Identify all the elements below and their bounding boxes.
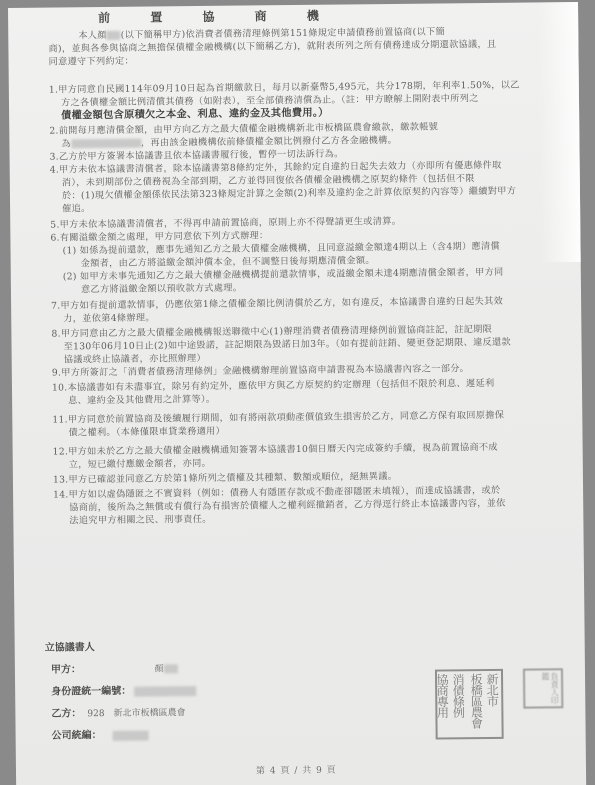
clause-number: 12. <box>53 446 69 457</box>
party-a-label: 甲方： <box>51 664 81 675</box>
clause-number: 13. <box>53 474 69 485</box>
party-b-label: 乙方： <box>51 708 81 719</box>
clause-number: 10. <box>52 382 68 393</box>
clause-line: 甲方所簽訂之「消費者債務清理條例」金融機構辦理前置協商申請書視為本協議書內容之一… <box>61 363 469 378</box>
redacted-name <box>107 31 121 40</box>
signatory-block: 立協議書人 甲方： 顏 身份證統一編號： 乙方：928 新北市板橋區農會 公司統… <box>45 636 198 748</box>
clause-line: 為 <box>61 138 71 149</box>
seal-text: 協商專用 <box>435 673 450 735</box>
clause-number: 11. <box>52 414 68 425</box>
clause-8: 8.甲方同意由乙方之最大債權金融機構報送聯徵中心(1)辦理消費者債務清理條例前置… <box>51 322 556 366</box>
clause-12: 12.甲方如未於乙方之最大債權金融機構通知簽署本協議書10個日曆天內完成簽約手續… <box>53 440 558 471</box>
signatory-heading: 立協議書人 <box>45 636 197 660</box>
party-a-name: 顏 <box>154 664 163 674</box>
redacted-id-number <box>135 686 197 697</box>
clause-line: 有關溢繳金額之處理，甲方同意依下列方式辦理： <box>60 230 269 243</box>
id-number-row: 身份證統一編號： <box>45 680 197 704</box>
party-a-row: 甲方： 顏 <box>45 658 197 682</box>
seal-text: 板橋區農會 <box>469 673 484 735</box>
representative-seal-stamp: 負責人印鑑 <box>523 668 563 708</box>
clause-11: 11.甲方同意於前置協商及後續履行期間，如有將兩款項動產價值致生損害於乙方，同意… <box>52 408 557 439</box>
intro-line1-prefix: 本人顏 <box>78 30 107 41</box>
clause-14: 14.甲方如以虛偽隱匿之不實資料（例如：債務人有隱匿存款或不動產卻隱匿未填報），… <box>53 483 558 527</box>
party-b-row: 乙方：928 新北市板橋區農會 <box>45 702 197 726</box>
clause-number: 14. <box>53 489 69 500</box>
redacted-company-id <box>113 730 149 740</box>
clause-4: 4.甲方未依本協議書清償者，除本協議書第8條約定外，其餘約定自違約日起失去效力（… <box>50 158 556 215</box>
seal-text: 新北市 <box>485 673 500 735</box>
id-number-label: 身份證統一編號： <box>51 686 131 698</box>
company-id-label: 公司統編： <box>52 730 102 742</box>
document-title: 前 置 協 商 機 <box>98 7 337 26</box>
clause-10: 10.本協議書如有未盡事宜，除另有約定外，應依甲方與乙方原契約約定辦理（包括但不… <box>52 376 557 407</box>
clause-6: 6.有關溢繳金額之處理，甲方同意依下列方式辦理： (1) 如係為提前還款，應事先… <box>50 226 556 296</box>
intro-paragraph: 本人顏(以下簡稱甲方)依消費者債務清理條例第151條規定申請債務前置協商(以下簡… <box>48 24 553 68</box>
redacted-party-a-name <box>163 664 177 673</box>
official-seal-stamp: 新北市 板橋區農會 消債條例 協商專用 <box>435 669 504 740</box>
party-b-value: 928 新北市板橋區農會 <box>87 708 185 719</box>
company-id-row: 公司統編： <box>46 724 198 748</box>
redacted-account-number <box>71 139 141 149</box>
seal-divider <box>467 673 468 735</box>
page-number-footer: 第 4 頁 / 共 9 頁 <box>256 763 337 777</box>
clause-line: 甲方已確認並同意乙方於第1條所列之債權及其種類、數額或順位，絕無異議。 <box>68 471 397 485</box>
clause-7: 7.甲方如有提前還款情事，仍應依第1條之債權金額比例清償於乙方，如有違反，本協議… <box>51 294 556 325</box>
seal-text: 消債條例 <box>451 673 466 735</box>
document-page: 前 置 協 商 機 本人顏(以下簡稱甲方)依消費者債務清理條例第151條規定申請… <box>8 2 586 785</box>
clause-1: 1.甲方同意自民國114年09月10日起為首期繳款日，每月以新臺幣5,495元，… <box>49 78 554 122</box>
